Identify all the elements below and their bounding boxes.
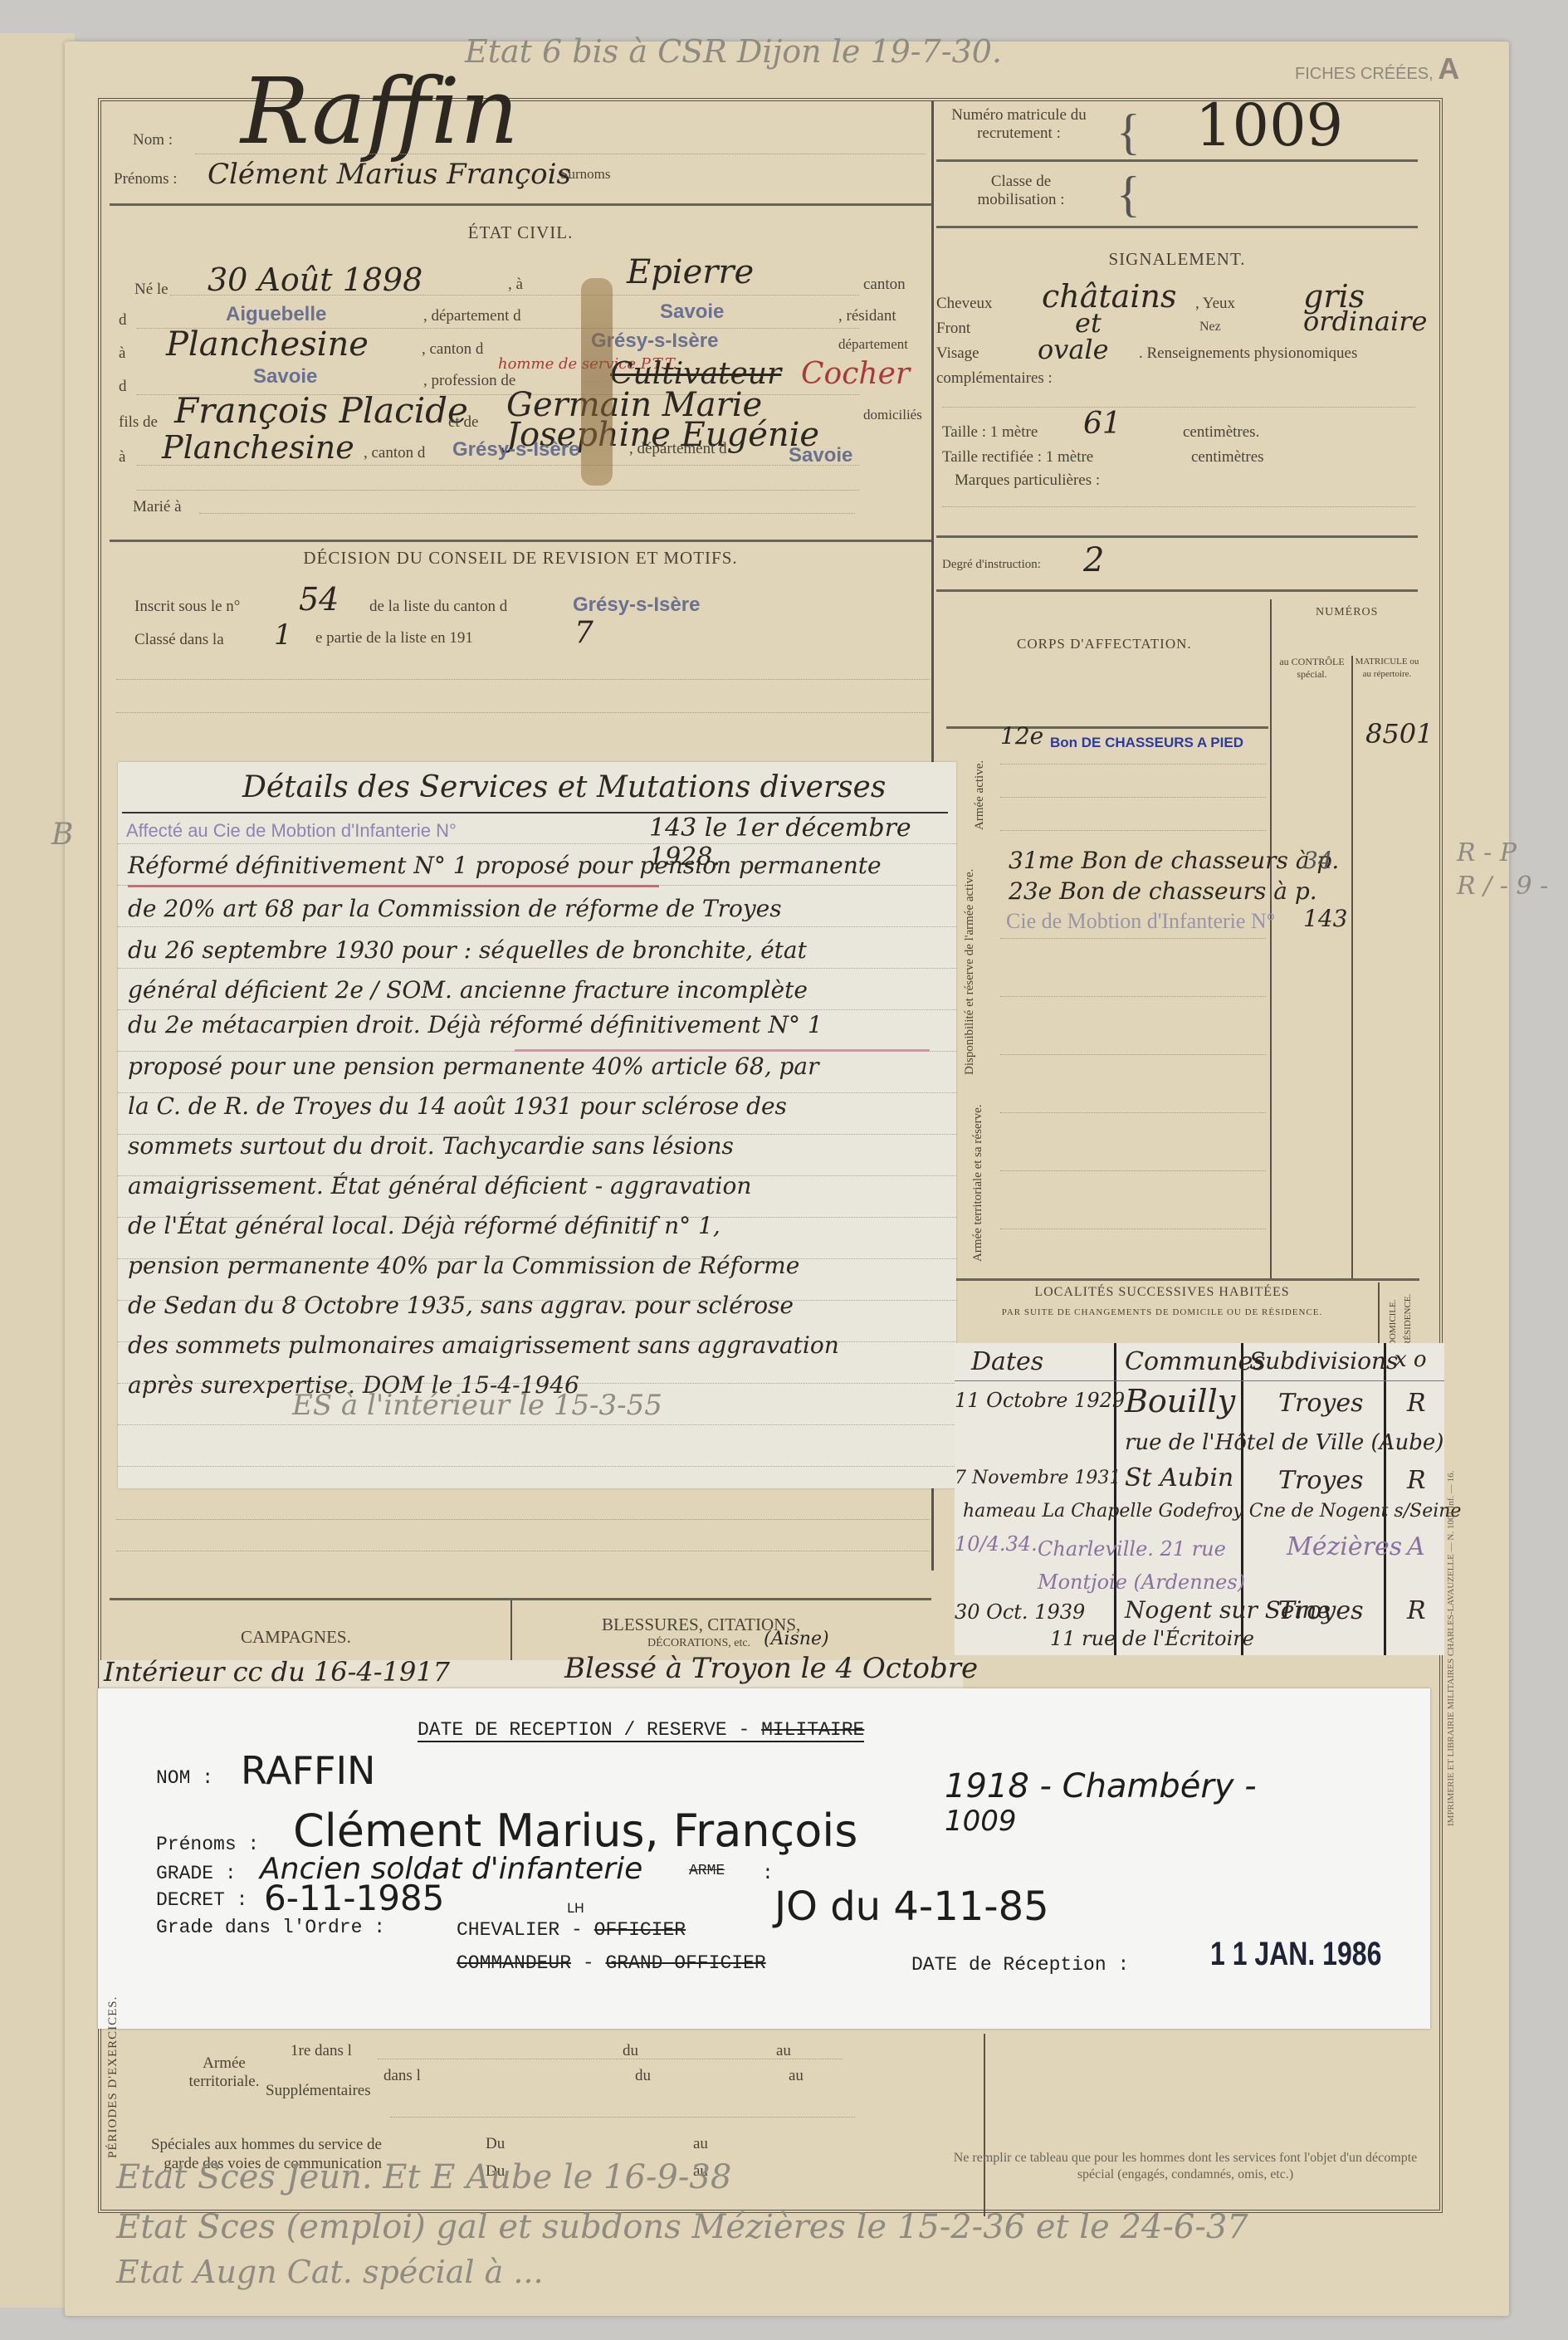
card-date-label: DATE de Réception : [911, 1954, 1129, 1976]
degre-value: 2 [1083, 541, 1104, 579]
marie-label: Marié à [133, 498, 182, 516]
side-dispo: Disponibilité et réserve de l'armée acti… [963, 869, 977, 1075]
card-nom-value: RAFFIN [241, 1748, 375, 1793]
card-grade-label: GRADE : [156, 1863, 237, 1884]
details-line: général déficient 2e / SOM. ancienne fra… [128, 976, 808, 1004]
birthplace-value: Epierre [627, 253, 754, 291]
renseignements-label: . Renseignements physionomiques [1139, 344, 1357, 363]
nez-label: Nez [1199, 320, 1221, 335]
grade-commandeur: COMMANDEUR [457, 1952, 571, 1974]
card-grade-ordre-label: Grade dans l'Ordre : [156, 1917, 385, 1938]
fiches-stamp: FICHES CRÉÉES, A [1295, 51, 1459, 86]
details-line: du 2e métacarpien droit. Déjà réformé dé… [128, 1011, 823, 1038]
card-classe-note: 1918 - Chambéry - [945, 1767, 1257, 1805]
corps-title: CORPS D'AFFECTATION. [1017, 636, 1192, 652]
details-line: pension permanente 40% par la Commission… [128, 1252, 799, 1279]
liste-canton-stamp: Grésy-s-Isère [573, 594, 700, 617]
taille-value: 61 [1083, 407, 1121, 441]
partie-label: e partie de la liste en 191 [315, 629, 473, 647]
inscrit-label: Inscrit sous le n° [134, 598, 240, 616]
front-label: Front [936, 320, 970, 338]
grade-chevalier: CHEVALIER [457, 1919, 559, 1941]
d-label: d [119, 311, 127, 330]
card-date-stamp: 1 1 JAN. 1986 [1210, 1936, 1381, 1973]
details-line: de 20% art 68 par la Commission de réfor… [128, 895, 782, 922]
nom-label: Nom : [133, 131, 173, 149]
card-heading-struck: MILITAIRE [761, 1719, 864, 1741]
matricule-label: Numéro matricule du recrutement : [942, 106, 1096, 143]
complementaires-label: complémentaires : [936, 369, 1053, 388]
details-pencil-note: ES à l'intérieur le 15-3-55 [292, 1389, 662, 1422]
premiere-du: du [623, 2042, 638, 2060]
corps-row-matricule: 8501 [1365, 718, 1433, 750]
localites-side-residence: RÉSIDENCE. [1403, 1294, 1413, 1346]
details-stamp-line: Affecté au Cie de Mobtion d'Infanterie N… [126, 820, 457, 842]
details-line: des sommets pulmonaires amaigrissement s… [128, 1331, 839, 1359]
residant-a-label: à [119, 344, 125, 363]
grade-dash: - [559, 1919, 593, 1941]
localites-side-domicile: DOMICILE. [1388, 1299, 1398, 1346]
details-line: de l'État général local. Déjà réformé dé… [128, 1212, 720, 1239]
departement2-stamp: Savoie [253, 365, 317, 388]
blessures-subtitle: DÉCORATIONS, etc. [647, 1637, 750, 1650]
localite-date: 11 Octobre 1929 [955, 1389, 1125, 1412]
loc-header-flag: x o [1395, 1347, 1427, 1372]
card-decret-label: DECRET : [156, 1889, 247, 1911]
departement2-label: département [838, 336, 908, 353]
armee-territoriale-label: Armée territoriale. [174, 2054, 274, 2091]
nom-value: Raffin [241, 58, 519, 164]
dom-canton-stamp: Grésy-s-Isère [452, 438, 579, 462]
col-matricule: MATRICULE ou au répertoire. [1355, 656, 1419, 681]
card-prenoms-value: Clément Marius, François [293, 1805, 857, 1857]
residant-value: Planchesine [166, 325, 369, 364]
fils-de-label: fils de [119, 413, 158, 432]
localite-subdivision: Troyes [1278, 1596, 1364, 1625]
side-territoriale: Armée territoriale et sa réserve. [971, 1105, 985, 1262]
dom-a-label: à [119, 448, 125, 467]
grade-grand-officier: GRAND OFFICIER [605, 1952, 765, 1974]
supplementaires-label: Supplémentaires [266, 2082, 371, 2100]
corps-row-stamp: Bon DE CHASSEURS A PIED [1050, 735, 1243, 751]
localite-date: 30 Oct. 1939 [955, 1600, 1085, 1624]
campagnes-value: Intérieur cc du 16-4-1917 [104, 1656, 450, 1688]
prenoms-label: Prénoms : [114, 170, 178, 188]
premiere-label: 1re dans l [291, 2042, 352, 2060]
a-label: , à [508, 276, 523, 294]
speciales-au-1: au [693, 2135, 708, 2153]
etat-civil-title: ÉTAT CIVIL. [110, 222, 931, 243]
pere-value: François Placide [174, 390, 468, 431]
conseil-title: DÉCISION DU CONSEIL DE REVISION ET MOTIF… [110, 548, 931, 569]
bottom-pencil-1: Etat Sces Jeun. Et E Aube le 16-9-38 [116, 2158, 731, 2196]
loc-header-dates: Dates [971, 1347, 1043, 1376]
card-grade-options-2: COMMANDEUR - GRAND OFFICIER [457, 1952, 766, 1974]
numeros-label: NUMÉROS [1316, 606, 1378, 619]
blessures-value: Blessé à Troyon le 4 Octobre [564, 1652, 978, 1685]
campagnes-title: CAMPAGNES. [241, 1627, 351, 1648]
blessures-annotation: (Aisne) [764, 1629, 829, 1649]
header-pencil-note: Etat 6 bis à CSR Dijon le 19-7-30. [465, 33, 1002, 70]
premiere-au: au [776, 2042, 791, 2060]
localite-commune: St Aubin [1125, 1463, 1233, 1492]
corps-row-hand: 23e Bon de chasseurs à p. [1009, 877, 1317, 905]
details-line: Réformé définitivement N° 1 proposé pour… [128, 852, 882, 879]
margin-note-b: B [51, 818, 73, 852]
printer-imprint: IMPRIMERIE ET LIBRAIRIE MILITAIRES CHARL… [1446, 1471, 1456, 1826]
supp-dans: dans l [383, 2067, 421, 2085]
card-decret-value: 6-11-1985 [264, 1878, 444, 1918]
fiches-stamp-text: FICHES CRÉÉES, [1295, 65, 1434, 83]
liste-label: de la liste du canton d [369, 598, 507, 616]
dom-departement-label: , département d [629, 440, 727, 458]
surnoms-label: Surnoms [560, 166, 610, 183]
loc-header-communes: Communes [1125, 1347, 1266, 1376]
details-line: sommets surtout du droit. Tachycardie sa… [128, 1132, 734, 1160]
details-underline-red [128, 885, 659, 887]
cheveux-label: Cheveux [936, 295, 993, 313]
marques-label: Marques particulières : [955, 471, 1100, 490]
profession-correction-2: Cocher [801, 357, 910, 391]
inscrit-value: 54 [299, 581, 339, 618]
card-arme-colon: : [762, 1863, 774, 1884]
localite-commune: Bouilly [1125, 1383, 1235, 1419]
visage-label: Visage [936, 344, 979, 363]
details-slip: Détails des Services et Mutations divers… [118, 762, 956, 1488]
dom-value: Planchesine [162, 429, 354, 466]
localite-subdivision: Mézières [1287, 1532, 1402, 1561]
localite-note: rue de l'Hôtel de Ville (Aube) [1125, 1430, 1443, 1455]
details-underline-pink [515, 1049, 930, 1052]
localites-title: LOCALITÉS SUCCESSIVES HABITÉES [955, 1285, 1370, 1300]
speciales-du-1: Du [486, 2135, 505, 2153]
corps-row-hand: 31me Bon de chasseurs à p. [1009, 847, 1339, 874]
side-active: Armée active. [973, 760, 987, 830]
localite-flag: R [1407, 1389, 1426, 1418]
departement-label: , département d [423, 307, 521, 325]
details-line: proposé pour une pension permanente 40% … [128, 1053, 819, 1080]
bottom-pencil-2: Etat Sces (emploi) gal et subdons Mézièr… [116, 2208, 1248, 2246]
card-grade-options-1: CHEVALIER - OFFICIER [457, 1919, 686, 1941]
prenoms-value: Clément Marius François [208, 158, 571, 191]
cheveux-value: châtains [1042, 278, 1176, 315]
periodes-side-label: PÉRIODES D'EXERCICES. [106, 1996, 120, 2158]
departement-stamp: Savoie [660, 300, 724, 324]
residant-label: , résidant [838, 307, 896, 325]
card-arme-struck: ARME [689, 1863, 725, 1879]
sheet-left-edge [0, 33, 75, 2308]
degre-label: Degré d'instruction: [942, 558, 1041, 572]
ne-le-value: 30 Août 1898 [208, 261, 423, 298]
localite-date: 10/4.34. [955, 1532, 1038, 1556]
signalement-title: SIGNALEMENT. [936, 249, 1418, 270]
localites-table: Dates Communes Subdivisions x o 11 Octob… [955, 1343, 1444, 1655]
corps-row-stamp: Cie de Mobtion d'Infanterie N° [1006, 909, 1275, 934]
margin-note-2: R / - 9 - [1457, 872, 1548, 901]
yeux-label: , Yeux [1195, 295, 1235, 313]
margin-note-1: R - P [1457, 838, 1517, 867]
corps-row-hand: 12e [1000, 722, 1043, 750]
card-chevalier-mark: LH [567, 1900, 584, 1916]
corps-row-number: 143 [1303, 905, 1347, 932]
partie-year: 7 [574, 616, 593, 650]
localite-subdivision: Troyes [1278, 1389, 1364, 1418]
col-controle: au CONTRÔLE spécial. [1277, 656, 1347, 681]
details-line: du 26 septembre 1930 pour : séquelles de… [128, 936, 807, 964]
bottom-pencil-3: Etat Augn Cat. spécial à ... [116, 2254, 544, 2290]
localite-note: hameau La Chapelle Godefroy Cne de Nogen… [963, 1501, 1461, 1522]
canton-label: canton [863, 276, 906, 294]
dom-departement-stamp: Savoie [789, 444, 852, 467]
localite-subdivision: Troyes [1278, 1466, 1364, 1495]
rust-stain [581, 278, 613, 486]
grade-dash: - [571, 1952, 605, 1974]
card-prenoms-label: Prénoms : [156, 1834, 259, 1855]
details-line: de Sedan du 8 Octobre 1935, sans aggrav.… [128, 1292, 794, 1319]
details-title: Détails des Services et Mutations divers… [242, 770, 886, 804]
classe-dans-value: 1 [274, 618, 292, 652]
dom-canton-label: , canton d [364, 444, 425, 462]
localites-subtitle: PAR SUITE DE CHANGEMENTS DE DOMICILE OU … [955, 1307, 1370, 1317]
card-jo-note: JO du 4-11-85 [774, 1883, 1049, 1930]
taille-rect-unit: centimètres [1191, 448, 1264, 467]
card-heading-text: DATE DE RECEPTION / RESERVE - [418, 1719, 761, 1741]
classe-dans-label: Classé dans la [134, 631, 224, 649]
fiches-stamp-letter: A [1438, 51, 1459, 85]
taille-rect-label: Taille rectifiée : 1 mètre [942, 448, 1093, 467]
card-nom-label: NOM : [156, 1767, 213, 1789]
details-line: la C. de R. de Troyes du 14 août 1931 po… [128, 1092, 787, 1120]
taille-label: Taille : 1 mètre [942, 423, 1038, 442]
card-heading: DATE DE RECEPTION / RESERVE - MILITAIRE [418, 1719, 864, 1742]
ne-le-label: Né le [134, 281, 169, 299]
localite-date: 7 Novembre 1931 [955, 1468, 1121, 1488]
localite-flag: A [1407, 1532, 1425, 1561]
canton-stamp: Aiguebelle [226, 303, 326, 326]
note-table: Ne remplir ce tableau que pour les homme… [953, 2150, 1418, 2183]
localite-flag: R [1407, 1466, 1426, 1495]
profession-label: , profession de [423, 372, 515, 390]
matricule-value: 1009 [1195, 91, 1343, 159]
supp-du: du [635, 2067, 651, 2085]
nez-value: ordinaire [1303, 305, 1427, 337]
canton2-label: , canton d [422, 340, 483, 359]
classe-label: Classe de mobilisation : [955, 173, 1087, 209]
loc-header-subdivisions: Subdivisions [1249, 1347, 1398, 1375]
reception-card: DATE DE RECEPTION / RESERVE - MILITAIRE … [98, 1688, 1430, 2029]
et-de-label: et de [448, 413, 478, 432]
details-line: amaigrissement. État général déficient -… [128, 1172, 751, 1199]
visage-value: ovale [1038, 334, 1109, 365]
localite-flag: R [1407, 1596, 1426, 1625]
taille-unit: centimètres. [1183, 423, 1259, 442]
card-matricule-note: 1009 [945, 1805, 1017, 1838]
domicilies-label: domiciliés [863, 407, 922, 423]
localite-note: 11 rue de l'Écritoire [1050, 1627, 1254, 1650]
grade-officier: OFFICIER [594, 1919, 686, 1941]
d2-label: d [119, 378, 127, 396]
supp-au: au [789, 2067, 804, 2085]
corps-row-controle: 34 [1303, 847, 1333, 874]
localite-commune: Charleville. 21 rue Montjoie (Ardennes) [1038, 1532, 1278, 1599]
